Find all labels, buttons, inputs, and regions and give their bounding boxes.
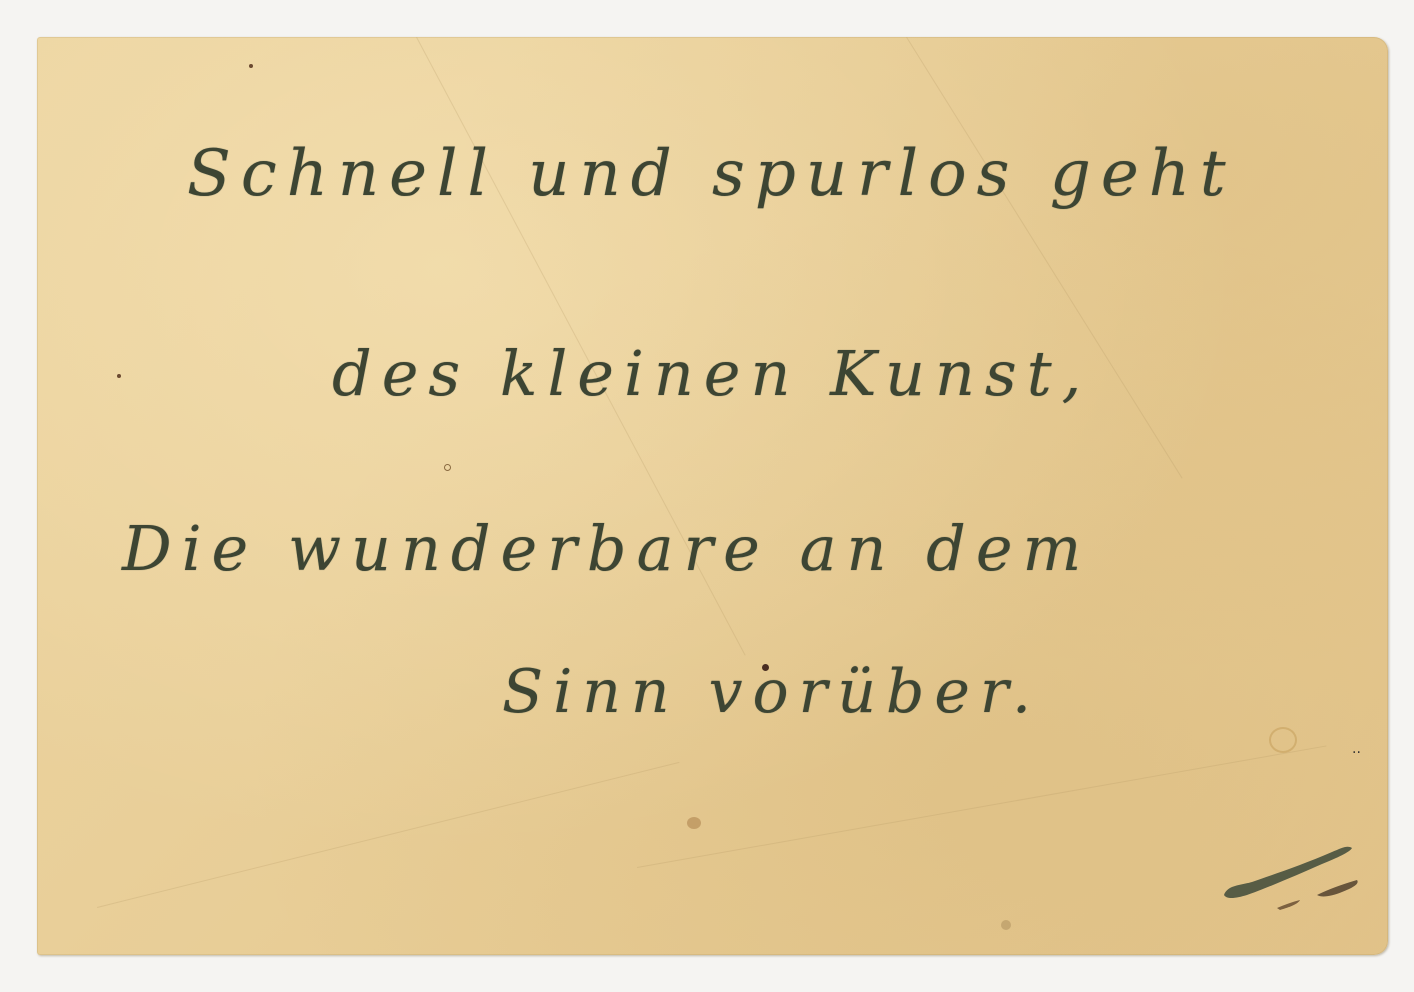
stain-spot [1001,920,1011,930]
handwriting-line-1: Schnell und spurlos geht [187,137,1236,211]
paper-crease [97,762,679,908]
ink-dot [117,374,121,378]
ink-marks: ·· [1352,745,1361,761]
stain-spot [687,817,701,829]
handwriting-line-2: des kleinen Kunst, [332,337,1091,410]
ink-dot [249,64,253,68]
perforated-edge [37,37,43,955]
handwritten-card: Schnell und spurlos geht des kleinen Kun… [37,37,1388,955]
water-stain [1269,727,1297,753]
ink-smudge-icon [1222,840,1372,910]
handwriting-line-4: Sinn vorüber. [502,657,1041,727]
handwriting-line-3: Die wunderbare an dem [122,512,1091,585]
paper-crease [906,37,1182,479]
ink-dot [444,464,451,471]
scan-background: Schnell und spurlos geht des kleinen Kun… [0,0,1414,992]
